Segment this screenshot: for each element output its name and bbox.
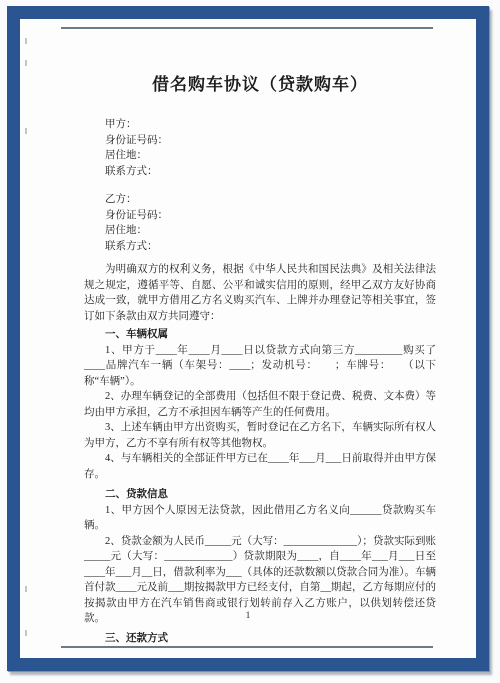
party-b-block: 乙方： 身份证号码： 居住地： 联系方式： (84, 192, 436, 254)
party-a-id-label: 身份证号码： (84, 133, 436, 149)
contract-clause-1-2: 2、办理车辆登记的全部费用（包括但不限于登记费、税费、文本费）等均由甲方承担，乙… (84, 389, 436, 420)
contract-clause-1-3: 3、上述车辆由甲方出资购买，暂时登记在乙方名下，车辆实际所有权人为甲方，乙方不享… (84, 420, 436, 451)
document-content: 借名购车协议（贷款购车） 甲方： 身份证号码： 居住地： 联系方式： 乙方： 身… (20, 19, 476, 646)
document-page: 借名购车协议（贷款购车） 甲方： 身份证号码： 居住地： 联系方式： 乙方： 身… (20, 19, 476, 658)
intro-paragraph: 为明确双方的权利义务，根据《中华人民共和国民法典》及相关法律法规之规定，遵循平等… (84, 262, 436, 324)
party-b-contact-label: 联系方式： (84, 239, 436, 255)
scan-edge-line-top (61, 27, 433, 29)
party-a-contact-label: 联系方式： (84, 164, 436, 180)
scan-artifact-mark (25, 586, 27, 592)
contract-clause-1-1: 1、甲方于____年____月____日以贷款方式向第三方_________购买… (84, 343, 436, 390)
section-3-heading: 三、还款方式 (84, 631, 436, 647)
contract-clause-2-1: 1、甲方因个人原因无法贷款，因此借用乙方名义向______贷款购买车辆。 (84, 503, 436, 534)
page-number: 1 (20, 611, 476, 621)
scan-artifact-mark (25, 38, 27, 44)
party-b-id-label: 身份证号码： (84, 208, 436, 224)
document-title: 借名购车协议（贷款购车） (84, 73, 436, 97)
party-a-name-label: 甲方： (84, 117, 436, 133)
section-1-heading: 一、车辆权属 (84, 327, 436, 343)
scan-artifact-mark (25, 630, 27, 636)
blue-picture-frame: 借名购车协议（贷款购车） 甲方： 身份证号码： 居住地： 联系方式： 乙方： 身… (7, 6, 489, 671)
section-2-heading: 二、贷款信息 (84, 487, 436, 503)
party-a-address-label: 居住地： (84, 148, 436, 164)
party-b-address-label: 居住地： (84, 223, 436, 239)
party-a-block: 甲方： 身份证号码： 居住地： 联系方式： (84, 117, 436, 179)
scan-edge-line-bottom (61, 646, 433, 648)
scan-artifact-mark (25, 60, 27, 66)
contract-clause-1-4: 4、与车辆相关的全部证件甲方已在____年___月___日前取得并由甲方保存。 (84, 451, 436, 482)
scan-artifact-mark (25, 128, 27, 134)
screenshot-root: 借名购车协议（贷款购车） 甲方： 身份证号码： 居住地： 联系方式： 乙方： 身… (0, 0, 500, 683)
party-b-name-label: 乙方： (84, 192, 436, 208)
